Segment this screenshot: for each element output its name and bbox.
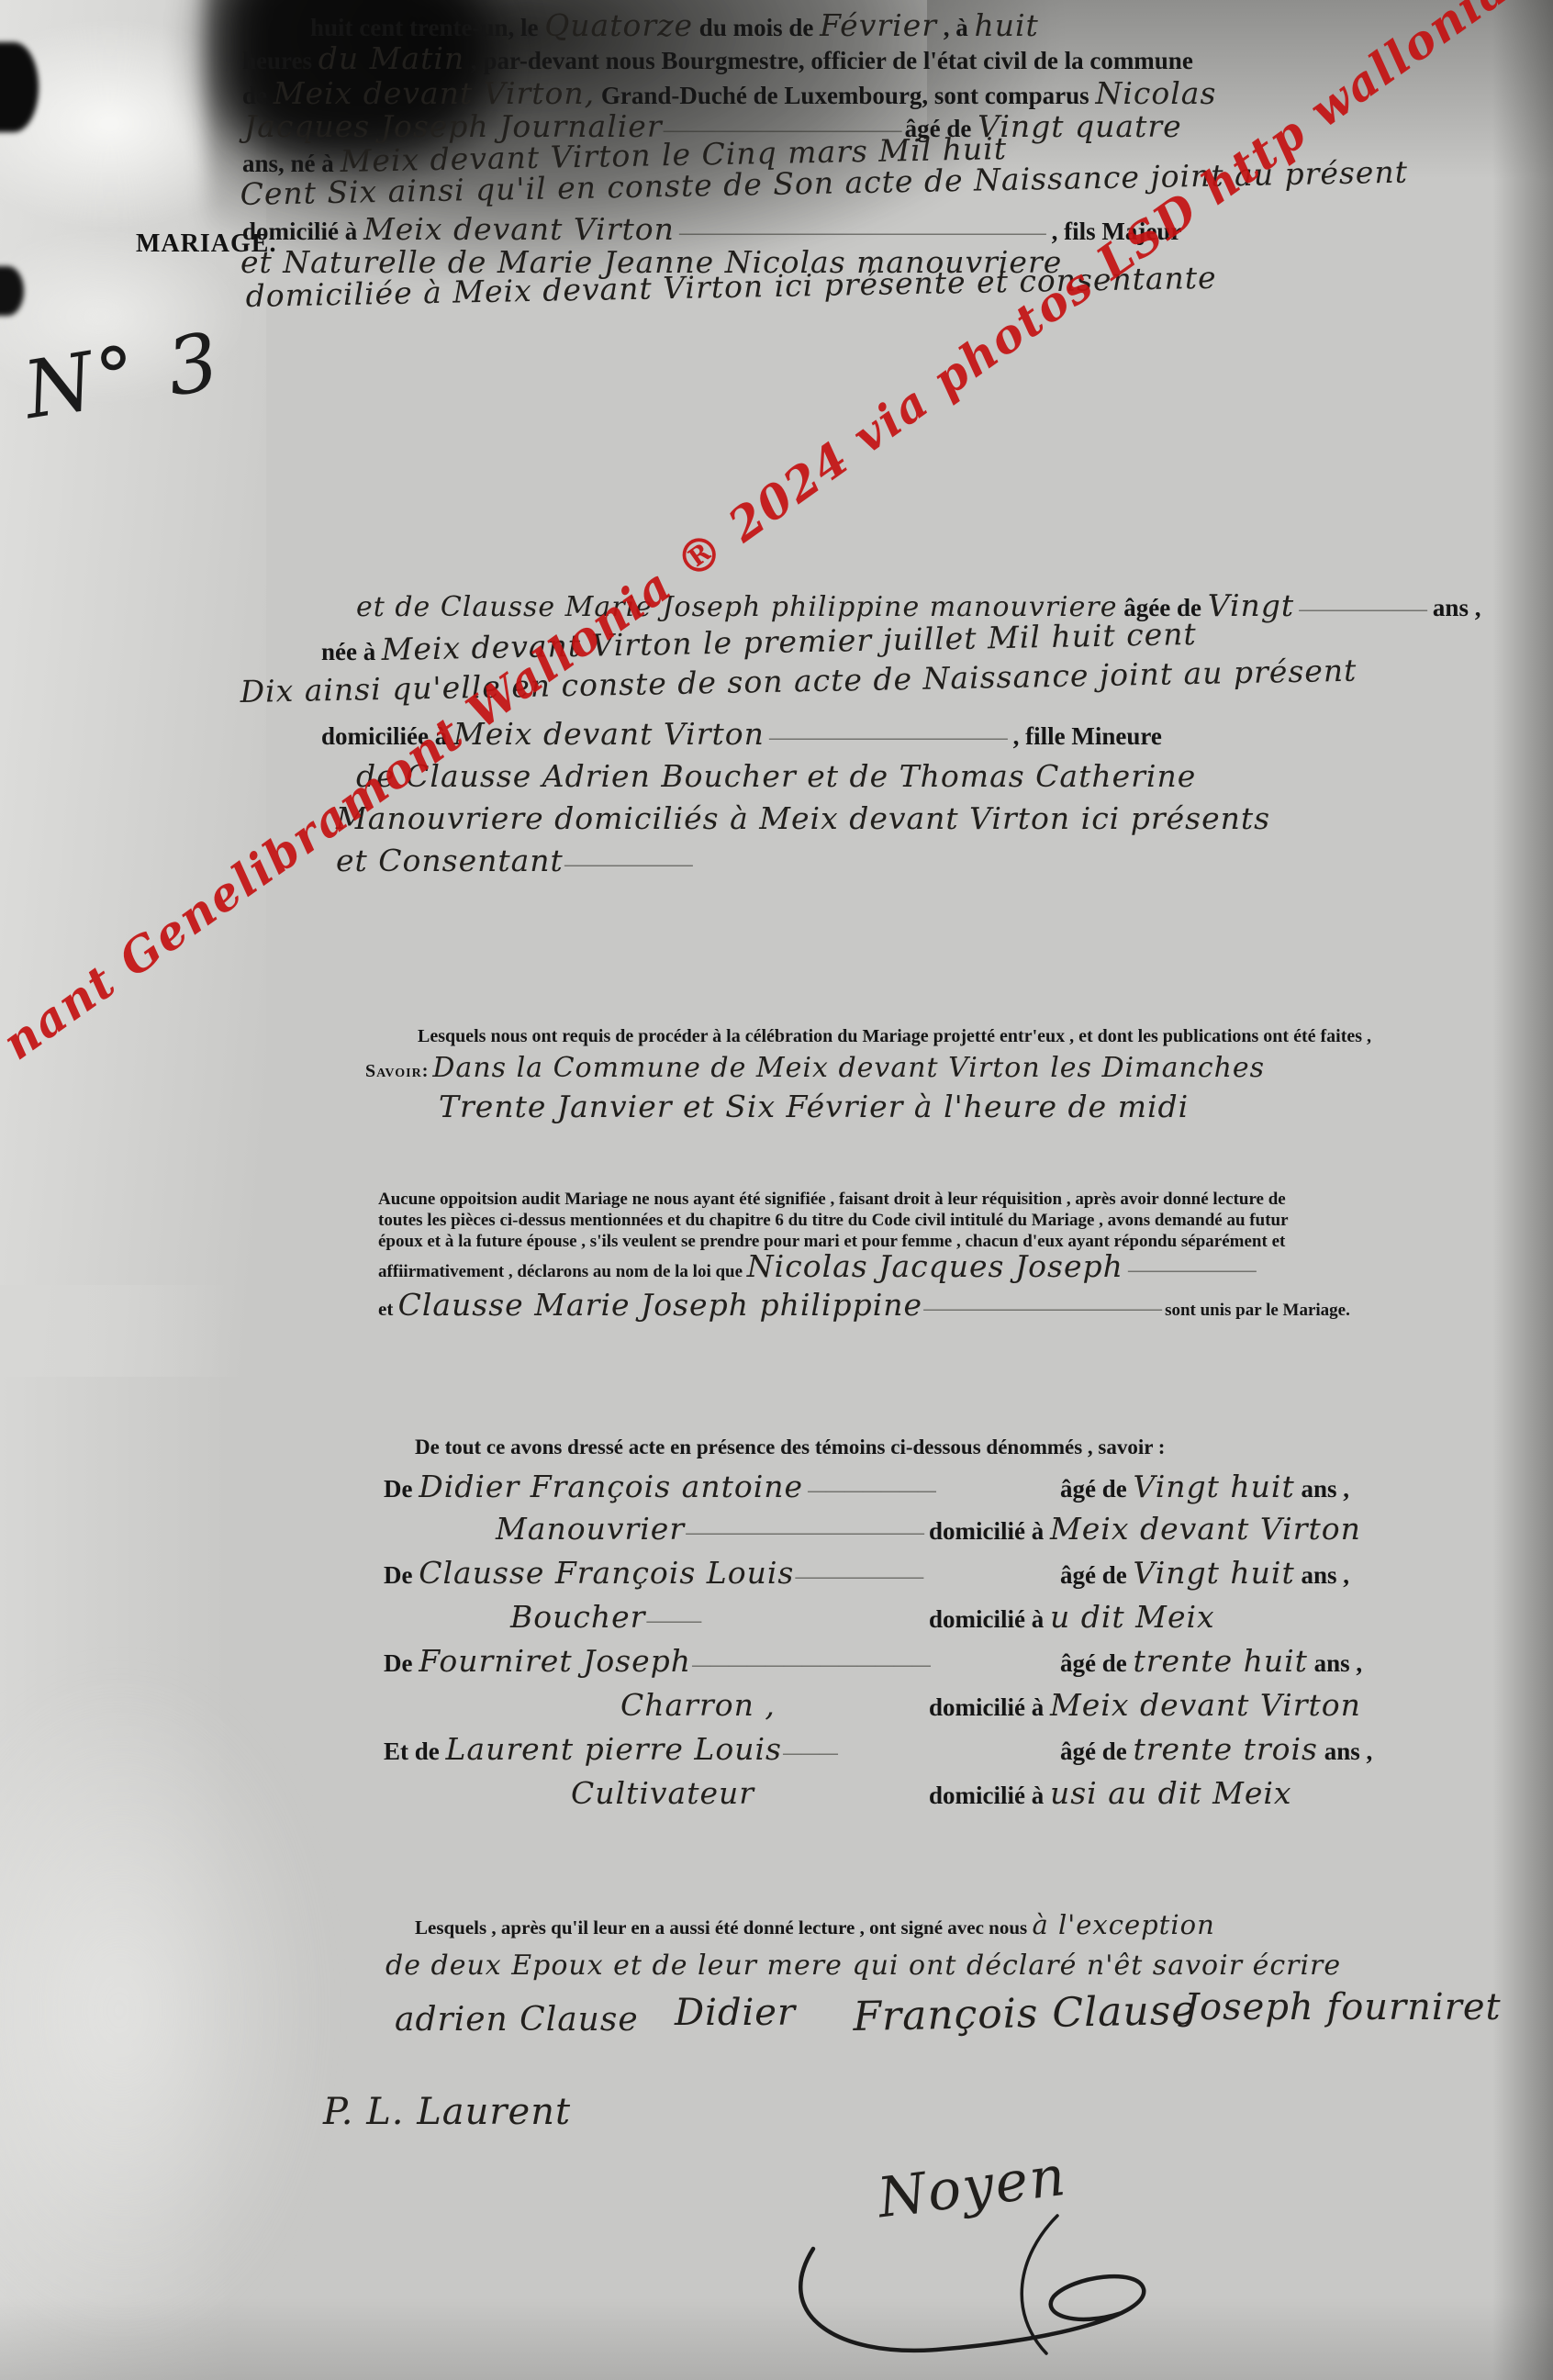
printed-text: huit cent trente-un, le xyxy=(310,14,544,41)
handwritten-text: Vingt huit xyxy=(1133,1469,1294,1504)
handwritten-text: Meix devant Virton xyxy=(363,211,675,247)
text-line: domicilié à Meix devant Virton —————————… xyxy=(242,211,1181,247)
handwritten-text: Trente Janvier et Six Février à l'heure … xyxy=(439,1089,1189,1124)
printed-text: heures xyxy=(242,47,318,74)
printed-text: , à xyxy=(937,14,975,41)
handwritten-text: usi au dit Meix xyxy=(1050,1775,1292,1811)
printed-text: ans, né à xyxy=(242,150,341,177)
printed-text: Aucune oppoitsion audit Mariage ne nous … xyxy=(378,1190,1286,1209)
signature-text: Didier xyxy=(675,1992,796,2034)
handwritten-text: Cultivateur xyxy=(571,1775,754,1811)
ruled-dashes: ————————————— xyxy=(691,1654,930,1677)
printed-text: ans , xyxy=(1318,1738,1372,1765)
printed-text: De xyxy=(384,1475,419,1503)
handwritten-text: Charron , xyxy=(620,1687,776,1723)
signature-text: François Clause xyxy=(853,1987,1197,2040)
ruled-dashes: ————————————— xyxy=(685,1522,923,1545)
handwritten-text: Nicolas Jacques Joseph xyxy=(747,1248,1123,1284)
printed-text: ans , xyxy=(1295,1561,1349,1589)
text-line: Dix ainsi qu'elle en conste de son acte … xyxy=(240,674,1357,710)
printed-text: sont unis par le Mariage. xyxy=(1165,1301,1350,1320)
text-line: Aucune oppoitsion audit Mariage ne nous … xyxy=(378,1190,1286,1210)
signature-text: adrien Clause xyxy=(395,2001,639,2039)
witness-age: âgé de Vingt huit ans , xyxy=(1060,1555,1349,1591)
printed-text: , fille Mineure xyxy=(1007,722,1162,750)
handwritten-text: Meix devant Virton xyxy=(1050,1687,1361,1723)
witness-row: Cultivateur domicilié à usi au dit Meix xyxy=(571,1775,1544,1811)
document-page: MARIAGE. N° 3 nant Genelibramont Walloni… xyxy=(0,0,1553,2380)
printed-text: Lesquels , après qu'il leur en a aussi é… xyxy=(415,1916,1032,1939)
printed-text: Savoir: xyxy=(365,1061,429,1081)
signature-text: P. L. Laurent xyxy=(323,2091,571,2133)
text-line: toutes les pièces ci-dessus mentionnées … xyxy=(378,1211,1289,1231)
printed-text: affiirmativement , déclarons au nom de l… xyxy=(378,1262,747,1281)
text-line: Lesquels , après qu'il leur en a aussi é… xyxy=(415,1909,1215,1940)
handwritten-text: Laurent pierre Louis xyxy=(446,1731,782,1767)
witness-row: Et de Laurent pierre Louis ——— âgé de tr… xyxy=(384,1731,1549,1767)
witness-domicile: domicilié à u dit Meix xyxy=(929,1599,1215,1635)
signature: Joseph fourniret xyxy=(1184,1986,1502,2028)
handwritten-text: Quatorze xyxy=(544,7,693,43)
text-line: de Clausse Adrien Boucher et de Thomas C… xyxy=(356,758,1196,794)
text-line: et Consentant——————— xyxy=(336,843,692,878)
printed-text: âgé de xyxy=(1060,1475,1133,1503)
text-line: Savoir: Dans la Commune de Meix devant V… xyxy=(365,1052,1265,1084)
printed-text: domicilié à xyxy=(929,1693,1050,1721)
printed-text: ans , xyxy=(1426,594,1480,621)
ruled-dashes: ————————————— xyxy=(678,222,917,245)
witness-domicile: domicilié à Meix devant Virton xyxy=(929,1687,1361,1723)
page-edge-shadow xyxy=(0,2297,1553,2380)
ruled-dashes: ——————— xyxy=(794,1566,922,1589)
witness-row: Boucher ——— domicilié à u dit Meix xyxy=(510,1599,1547,1635)
handwritten-text: Manouvriere domiciliés à Meix devant Vir… xyxy=(336,800,1270,836)
printed-text: âgé de xyxy=(1060,1738,1133,1765)
text-line: de Meix devant Virton, Grand-Duché de Lu… xyxy=(242,75,1216,111)
handwritten-text: de deux Epoux et de leur mere qui ont dé… xyxy=(385,1950,1341,1982)
handwritten-text: et Consentant xyxy=(336,843,564,878)
witness-age: âgé de trente huit ans , xyxy=(1060,1643,1362,1679)
printed-text: ans , xyxy=(1308,1649,1362,1677)
ruled-dashes: ——————— xyxy=(917,222,1045,245)
handwritten-text: du Matin xyxy=(318,40,464,76)
handwritten-text: Manouvrier xyxy=(496,1511,685,1547)
handwritten-text: Fourniret Joseph xyxy=(419,1643,691,1679)
witness-row: Charron , domicilié à Meix devant Virton xyxy=(620,1687,1547,1723)
handwritten-text: Vingt quatre xyxy=(978,108,1182,144)
printed-text: ans , xyxy=(1295,1475,1349,1503)
printed-text: De xyxy=(384,1649,419,1677)
handwritten-text: Clausse Marie Joseph philippine xyxy=(398,1287,923,1323)
signature: Didier xyxy=(675,1992,796,2034)
printed-text: domicilié à xyxy=(929,1517,1050,1545)
handwritten-text: Dans la Commune de Meix devant Virton le… xyxy=(432,1052,1265,1084)
ruled-dashes: ——— xyxy=(782,1742,837,1765)
handwritten-text: Nicolas xyxy=(1095,75,1216,111)
text-line: Manouvriere domiciliés à Meix devant Vir… xyxy=(336,800,1270,836)
witness-domicile: domicilié à usi au dit Meix xyxy=(929,1775,1292,1811)
printed-text: domicilié à xyxy=(929,1782,1050,1809)
handwritten-text: Boucher xyxy=(510,1599,645,1635)
signature: François Clause xyxy=(854,1994,1197,2040)
text-line: de deux Epoux et de leur mere qui ont dé… xyxy=(385,1950,1341,1982)
witness-row: Manouvrier ————————————— domicilié à Mei… xyxy=(496,1511,1551,1547)
handwritten-text: trente huit xyxy=(1133,1643,1307,1679)
printed-text: de xyxy=(242,82,274,109)
handwritten-text: huit xyxy=(975,7,1039,43)
text-line: et Clausse Marie Joseph philippine —————… xyxy=(378,1287,1350,1323)
text-line: Trente Janvier et Six Février à l'heure … xyxy=(439,1089,1189,1124)
printed-text: De xyxy=(384,1561,419,1589)
ruled-dashes: ——————— xyxy=(1298,598,1426,621)
handwritten-text: de Clausse Adrien Boucher et de Thomas C… xyxy=(356,758,1196,794)
signature-text: Joseph fourniret xyxy=(1184,1986,1502,2028)
ruled-dashes: ——————— xyxy=(564,854,692,877)
act-number: N° 3 xyxy=(18,316,229,438)
paper-fold-highlight xyxy=(0,0,266,1377)
paper-fold-highlight xyxy=(0,18,275,229)
signature: P. L. Laurent xyxy=(323,2091,571,2133)
scan-smudge xyxy=(0,42,39,132)
witness-row: De Fourniret Joseph ————————————— âgé de… xyxy=(384,1643,1549,1679)
printed-text: De tout ce avons dressé acte en présence… xyxy=(415,1436,1165,1458)
printed-text: Grand-Duché de Luxembourg, sont comparus xyxy=(595,82,1095,109)
printed-text: domicilié à xyxy=(929,1605,1050,1633)
handwritten-text: Février xyxy=(820,7,937,43)
handwritten-text: u dit Meix xyxy=(1050,1599,1215,1635)
witness-domicile: domicilié à Meix devant Virton xyxy=(929,1511,1361,1547)
text-line: heures du Matin , par-devant nous Bourgm… xyxy=(242,40,1193,76)
printed-text: domicilié à xyxy=(242,218,363,245)
paper-fold-highlight xyxy=(0,1285,229,2380)
witness-row: De Didier François antoine ——————— âgé d… xyxy=(384,1469,1549,1504)
handwritten-text: et de Clausse Marie Joseph philippine ma… xyxy=(356,591,1118,623)
handwritten-text: trente trois xyxy=(1133,1731,1318,1767)
handwritten-text: Meix devant Virton, xyxy=(274,75,595,111)
printed-text: et xyxy=(378,1298,398,1320)
text-line: affiirmativement , déclarons au nom de l… xyxy=(378,1248,1256,1284)
printed-text: Et de xyxy=(384,1738,446,1765)
witness-age: âgé de trente trois ans , xyxy=(1060,1731,1372,1767)
text-line: huit cent trente-un, le Quatorze du mois… xyxy=(310,7,1039,43)
witness-row: De Clausse François Louis ——————— âgé de… xyxy=(384,1555,1549,1591)
officer-signature-flourish-icon xyxy=(780,2203,1175,2380)
printed-text: , par-devant nous Bourgmestre, officier … xyxy=(464,47,1193,74)
printed-text: toutes les pièces ci-dessus mentionnées … xyxy=(378,1211,1289,1230)
scan-smudge xyxy=(0,266,24,316)
text-line: Lesquels nous ont requis de procéder à l… xyxy=(418,1026,1371,1047)
handwritten-text: Didier François antoine xyxy=(419,1469,803,1504)
handwritten-text: Vingt huit xyxy=(1133,1555,1294,1591)
printed-text: âgé de xyxy=(1060,1649,1133,1677)
printed-text: âgé de xyxy=(1060,1561,1133,1589)
ruled-dashes: ——— xyxy=(645,1610,700,1633)
witness-age: âgé de Vingt huit ans , xyxy=(1060,1469,1349,1504)
handwritten-text: Meix devant Virton xyxy=(1050,1511,1361,1547)
ruled-dashes: ——————— xyxy=(1127,1259,1256,1282)
printed-text: née à xyxy=(321,638,382,665)
paper-fold-highlight xyxy=(0,1680,321,2341)
signature: adrien Clause xyxy=(395,2001,639,2039)
printed-text: Lesquels nous ont requis de procéder à l… xyxy=(418,1026,1371,1046)
handwritten-text: Clausse François Louis xyxy=(419,1555,794,1591)
handwritten-text: Vingt xyxy=(1208,587,1294,623)
ruled-dashes: ————————————— xyxy=(768,727,1007,750)
text-line: et de Clausse Marie Joseph philippine ma… xyxy=(356,587,1480,623)
ruled-dashes: ——————— xyxy=(807,1480,935,1503)
text-line: De tout ce avons dressé acte en présence… xyxy=(415,1436,1165,1459)
ruled-dashes: ————————————— xyxy=(922,1298,1161,1321)
handwritten-text: à l'exception xyxy=(1032,1909,1214,1940)
printed-text: du mois de xyxy=(693,14,820,41)
